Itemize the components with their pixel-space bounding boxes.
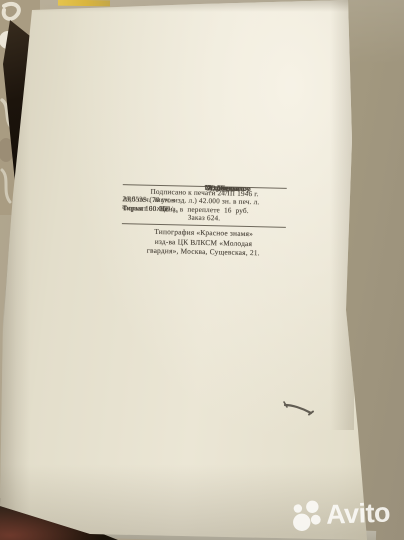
avito-logo-icon bbox=[291, 499, 323, 531]
book-page: ХудожникА. Морозов Отв. редакторЮ. Лукин… bbox=[0, 0, 404, 540]
printer-block: Типография «Красное знамя» изд-ва ЦК ВЛК… bbox=[117, 226, 290, 258]
credit-name: Л. Тышкевич bbox=[208, 183, 251, 194]
avito-wordmark: Avito bbox=[326, 499, 391, 528]
book-photo-scene: ХудожникА. Морозов Отв. редакторЮ. Лукин… bbox=[0, 0, 404, 540]
avito-watermark: Avito bbox=[291, 492, 402, 536]
imprint-format: Формат 60×92¹/₁₆ bbox=[122, 204, 178, 214]
colophon-block: ХудожникА. Морозов Отв. редакторЮ. Лукин… bbox=[117, 181, 291, 259]
pencil-mark bbox=[282, 399, 316, 419]
gilt-page-edges bbox=[58, 0, 110, 6]
page-right-edge-shade bbox=[330, 0, 354, 430]
